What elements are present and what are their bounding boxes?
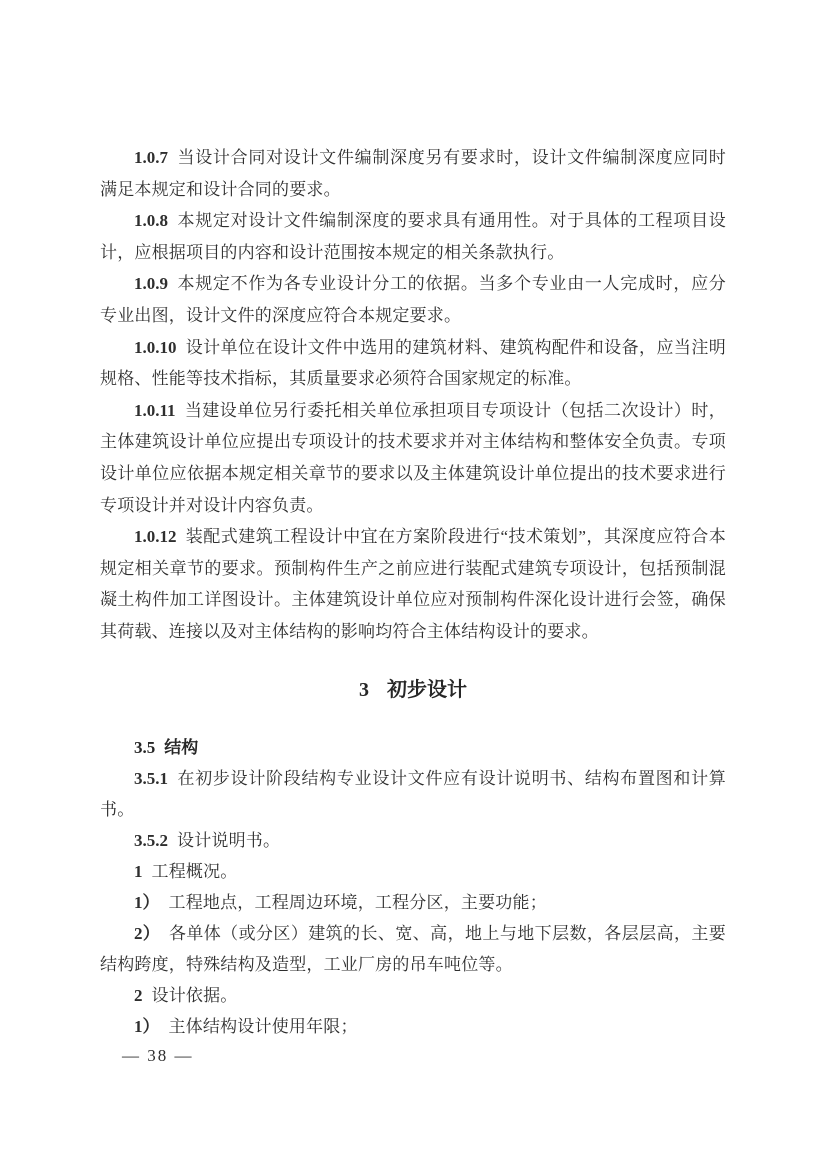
clause-text: 本规定不作为各专业设计分工的依据。当多个专业由一人完成时，应分专业出图，设计文件…	[100, 274, 726, 325]
item-text: 工程地点，工程周边环境，工程分区，主要功能；	[169, 893, 547, 912]
clause-number: 1.0.7	[134, 148, 168, 167]
chapter-heading: 3初步设计	[100, 674, 726, 706]
chapter-number: 3	[359, 679, 369, 701]
item-number: 1	[134, 862, 143, 881]
clause-number: 1.0.11	[134, 401, 176, 420]
item-number: 2	[134, 986, 143, 1005]
clause-paragraph: 1.0.12装配式建筑工程设计中宜在方案阶段进行“技术策划”，其深度应符合本规定…	[100, 521, 726, 647]
section-3-5-items: 3.5.1在初步设计阶段结构专业设计文件应有设计说明书、结构布置图和计算书。 3…	[100, 763, 726, 1042]
item-paragraph: 3.5.1在初步设计阶段结构专业设计文件应有设计说明书、结构布置图和计算书。	[100, 763, 726, 825]
item-text: 在初步设计阶段结构专业设计文件应有设计说明书、结构布置图和计算书。	[100, 769, 726, 819]
clause-text: 当设计合同对设计文件编制深度另有要求时，设计文件编制深度应同时满足本规定和设计合…	[100, 148, 726, 199]
page-number: — 38 —	[122, 1046, 194, 1066]
clause-text: 当建设单位另行委托相关单位承担项目专项设计（包括二次设计）时，主体建筑设计单位应…	[100, 401, 726, 515]
item-text: 设计依据。	[152, 986, 238, 1005]
document-page: 1.0.7当设计合同对设计文件编制深度另有要求时，设计文件编制深度应同时满足本规…	[0, 0, 827, 1169]
item-number: 3.5.1	[134, 769, 168, 788]
clause-number: 1.0.12	[134, 527, 177, 546]
item-paragraph: 1）主体结构设计使用年限；	[100, 1011, 726, 1042]
clause-text: 设计单位在设计文件中选用的建筑材料、建筑构配件和设备，应当注明规格、性能等技术指…	[100, 338, 726, 389]
clause-paragraph: 1.0.9本规定不作为各专业设计分工的依据。当多个专业由一人完成时，应分专业出图…	[100, 268, 726, 331]
section-number: 3.5	[134, 738, 155, 757]
clause-text: 本规定对设计文件编制深度的要求具有通用性。对于具体的工程项目设计，应根据项目的内…	[100, 211, 726, 262]
clause-number: 1.0.9	[134, 274, 168, 293]
item-text: 主体结构设计使用年限；	[169, 1017, 358, 1036]
item-number: 2）	[134, 924, 160, 943]
item-paragraph: 1）工程地点，工程周边环境，工程分区，主要功能；	[100, 887, 726, 918]
clause-number: 1.0.8	[134, 211, 168, 230]
item-number: 3.5.2	[134, 831, 168, 850]
clause-paragraph: 1.0.11当建设单位另行委托相关单位承担项目专项设计（包括二次设计）时，主体建…	[100, 395, 726, 521]
item-text: 各单体（或分区）建筑的长、宽、高，地上与地下层数，各层层高，主要结构跨度，特殊结…	[100, 924, 726, 974]
clause-paragraph: 1.0.10设计单位在设计文件中选用的建筑材料、建筑构配件和设备，应当注明规格、…	[100, 332, 726, 395]
page-content: 1.0.7当设计合同对设计文件编制深度另有要求时，设计文件编制深度应同时满足本规…	[100, 142, 726, 1042]
section-title: 结构	[164, 738, 198, 757]
clause-paragraph: 1.0.7当设计合同对设计文件编制深度另有要求时，设计文件编制深度应同时满足本规…	[100, 142, 726, 205]
item-text: 工程概况。	[152, 862, 238, 881]
section-3-5-heading: 3.5结构	[100, 732, 726, 763]
item-paragraph: 2）各单体（或分区）建筑的长、宽、高，地上与地下层数，各层层高，主要结构跨度，特…	[100, 918, 726, 980]
item-paragraph: 1工程概况。	[100, 856, 726, 887]
item-number: 1）	[134, 1017, 160, 1036]
clause-text: 装配式建筑工程设计中宜在方案阶段进行“技术策划”，其深度应符合本规定相关章节的要…	[100, 527, 726, 641]
item-paragraph: 3.5.2设计说明书。	[100, 825, 726, 856]
clause-paragraph: 1.0.8本规定对设计文件编制深度的要求具有通用性。对于具体的工程项目设计，应根…	[100, 205, 726, 268]
item-number: 1）	[134, 893, 160, 912]
item-text: 设计说明书。	[177, 831, 280, 850]
clause-number: 1.0.10	[134, 338, 177, 357]
chapter-title: 初步设计	[387, 679, 467, 701]
general-provisions-section: 1.0.7当设计合同对设计文件编制深度另有要求时，设计文件编制深度应同时满足本规…	[100, 142, 726, 648]
item-paragraph: 2设计依据。	[100, 980, 726, 1011]
